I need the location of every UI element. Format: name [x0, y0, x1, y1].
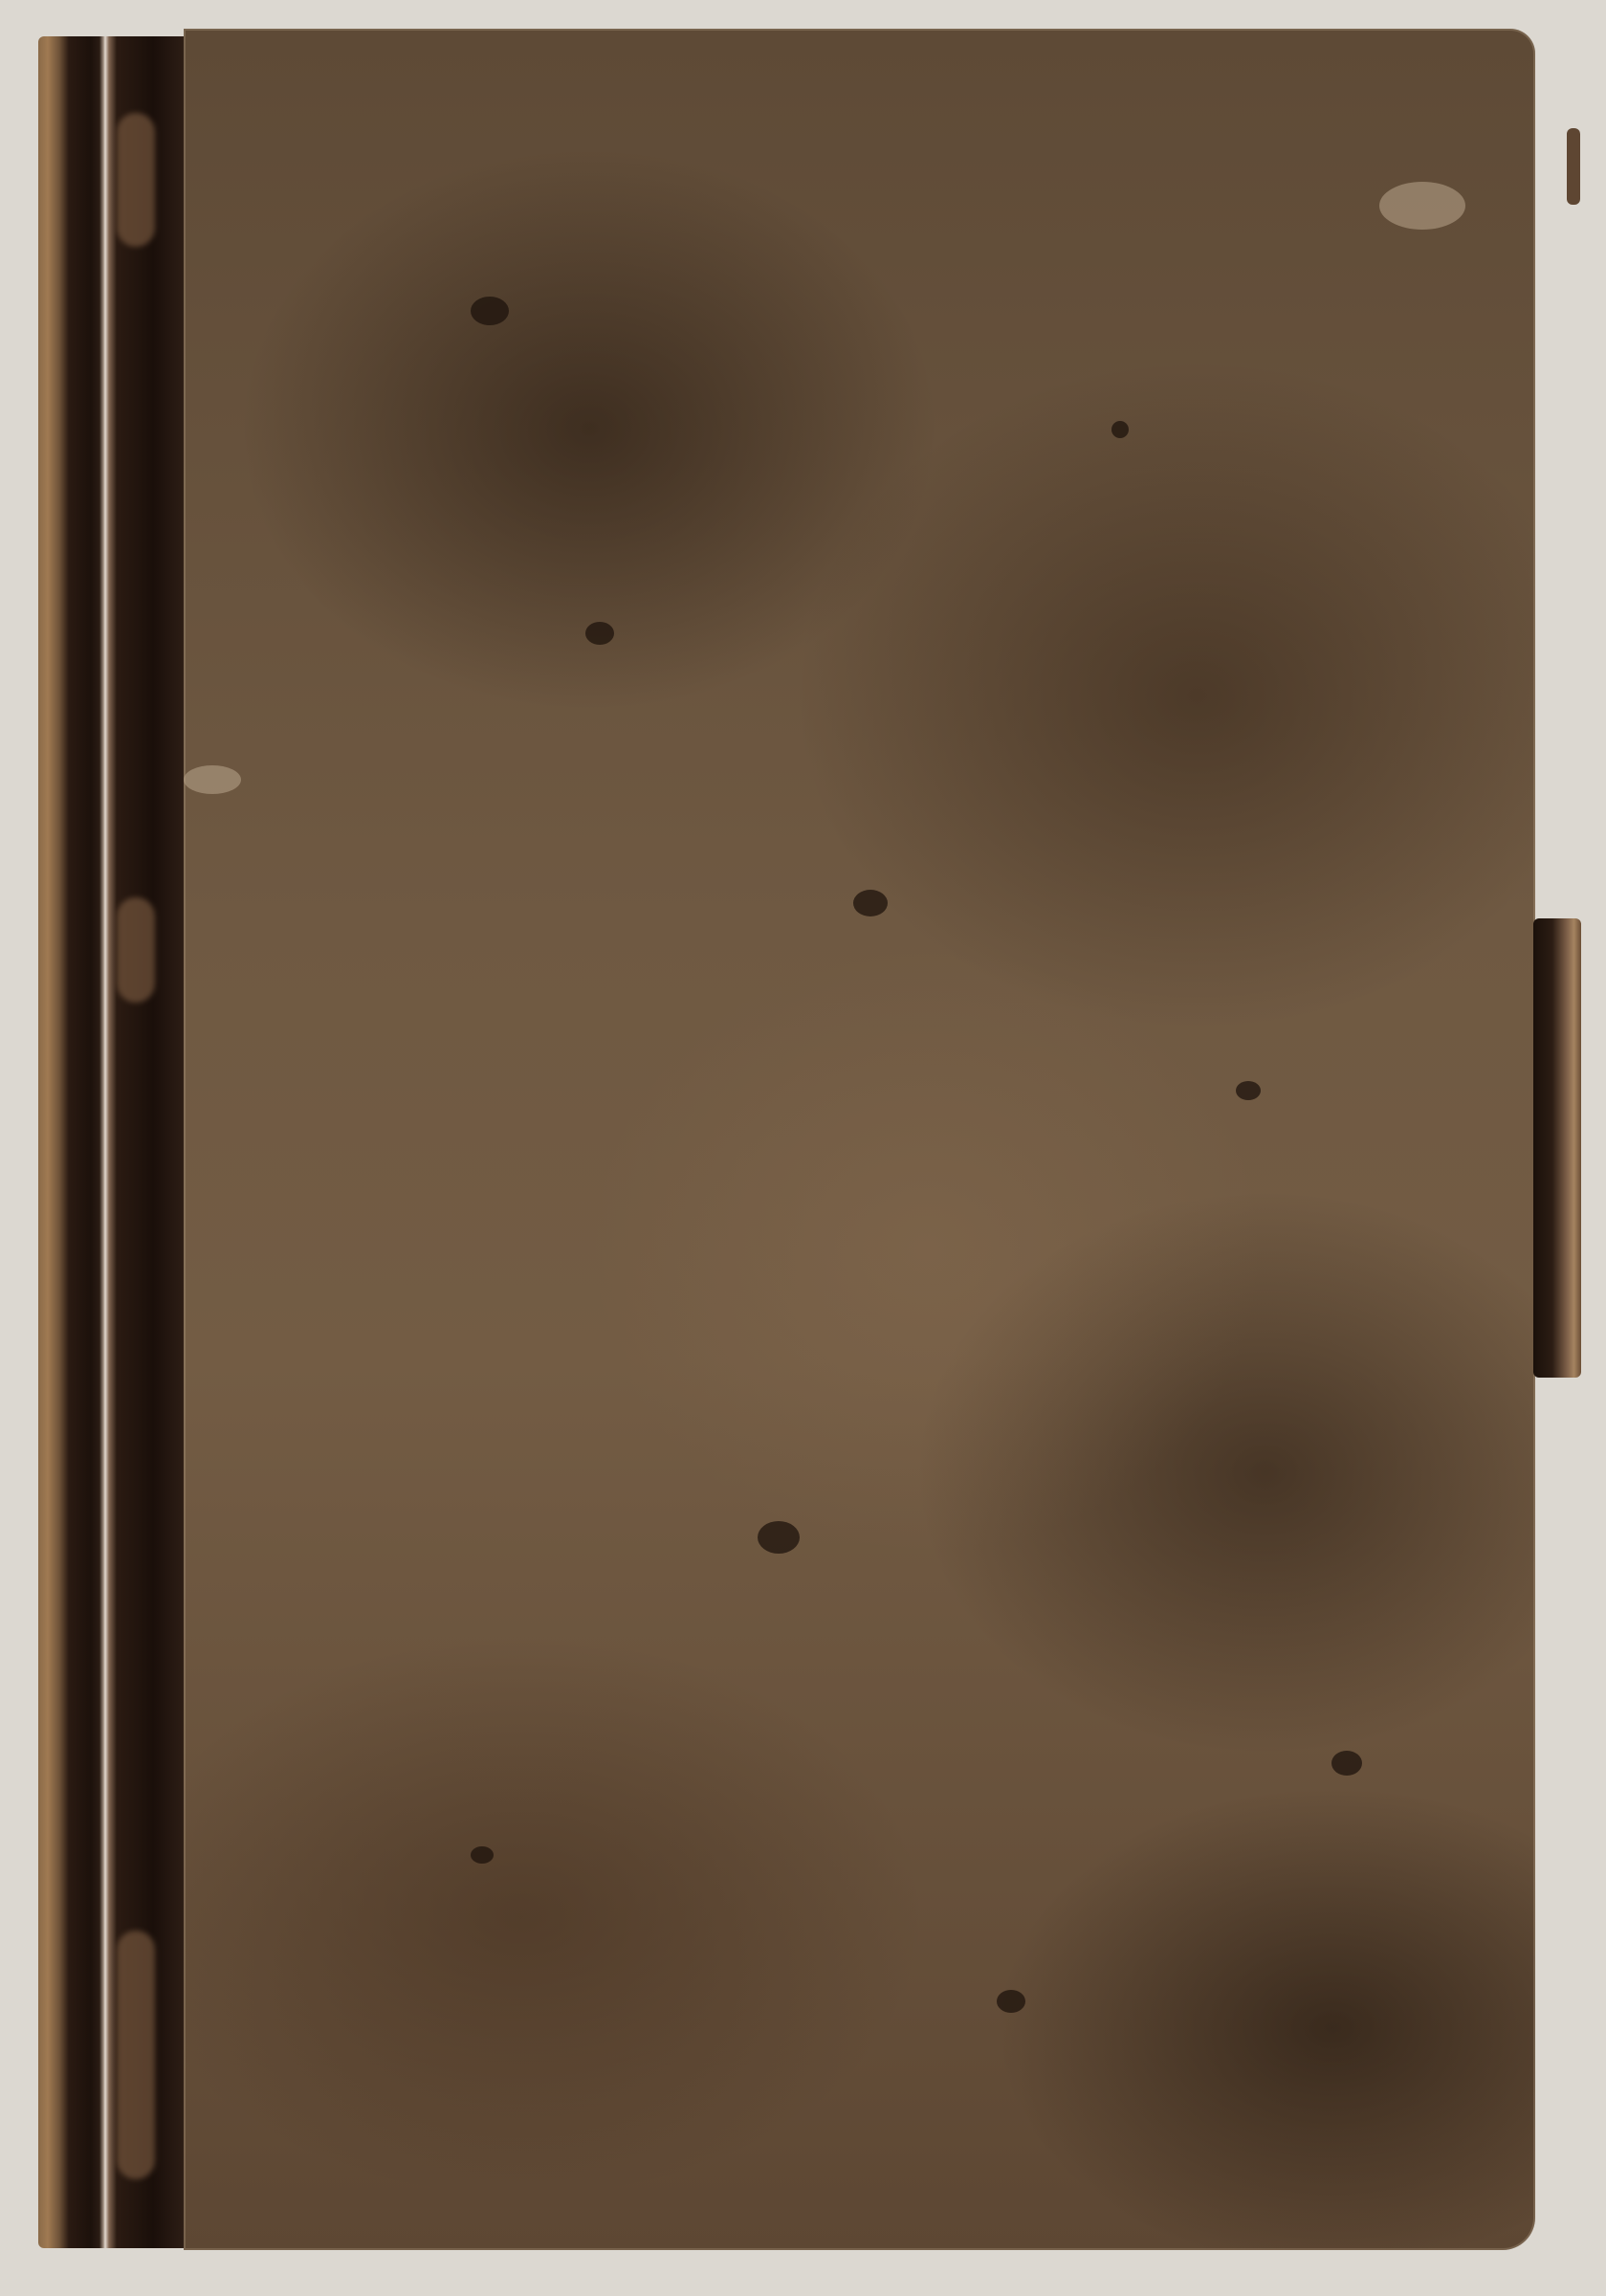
stain-spot [997, 1990, 1025, 2013]
scuff-mark [1379, 182, 1465, 230]
stain-spot [585, 622, 614, 645]
stain-spot [471, 297, 509, 325]
book-clasp [1533, 918, 1581, 1378]
stain-spot [1331, 1751, 1362, 1776]
photo-scene [0, 0, 1606, 2296]
stain-spot [1236, 1081, 1261, 1100]
scuff-mark [184, 765, 241, 794]
spine-wear [117, 1931, 155, 2179]
stain-spot [853, 890, 888, 916]
spine-wear [117, 897, 155, 1003]
book-spine [38, 36, 187, 2248]
stain-spot [471, 1846, 494, 1864]
spine-wear [117, 113, 155, 247]
stain-spot [758, 1521, 800, 1554]
top-corner-tab [1567, 128, 1580, 205]
front-board [184, 29, 1535, 2250]
book [38, 29, 1535, 2250]
stain-spot [1111, 421, 1129, 438]
